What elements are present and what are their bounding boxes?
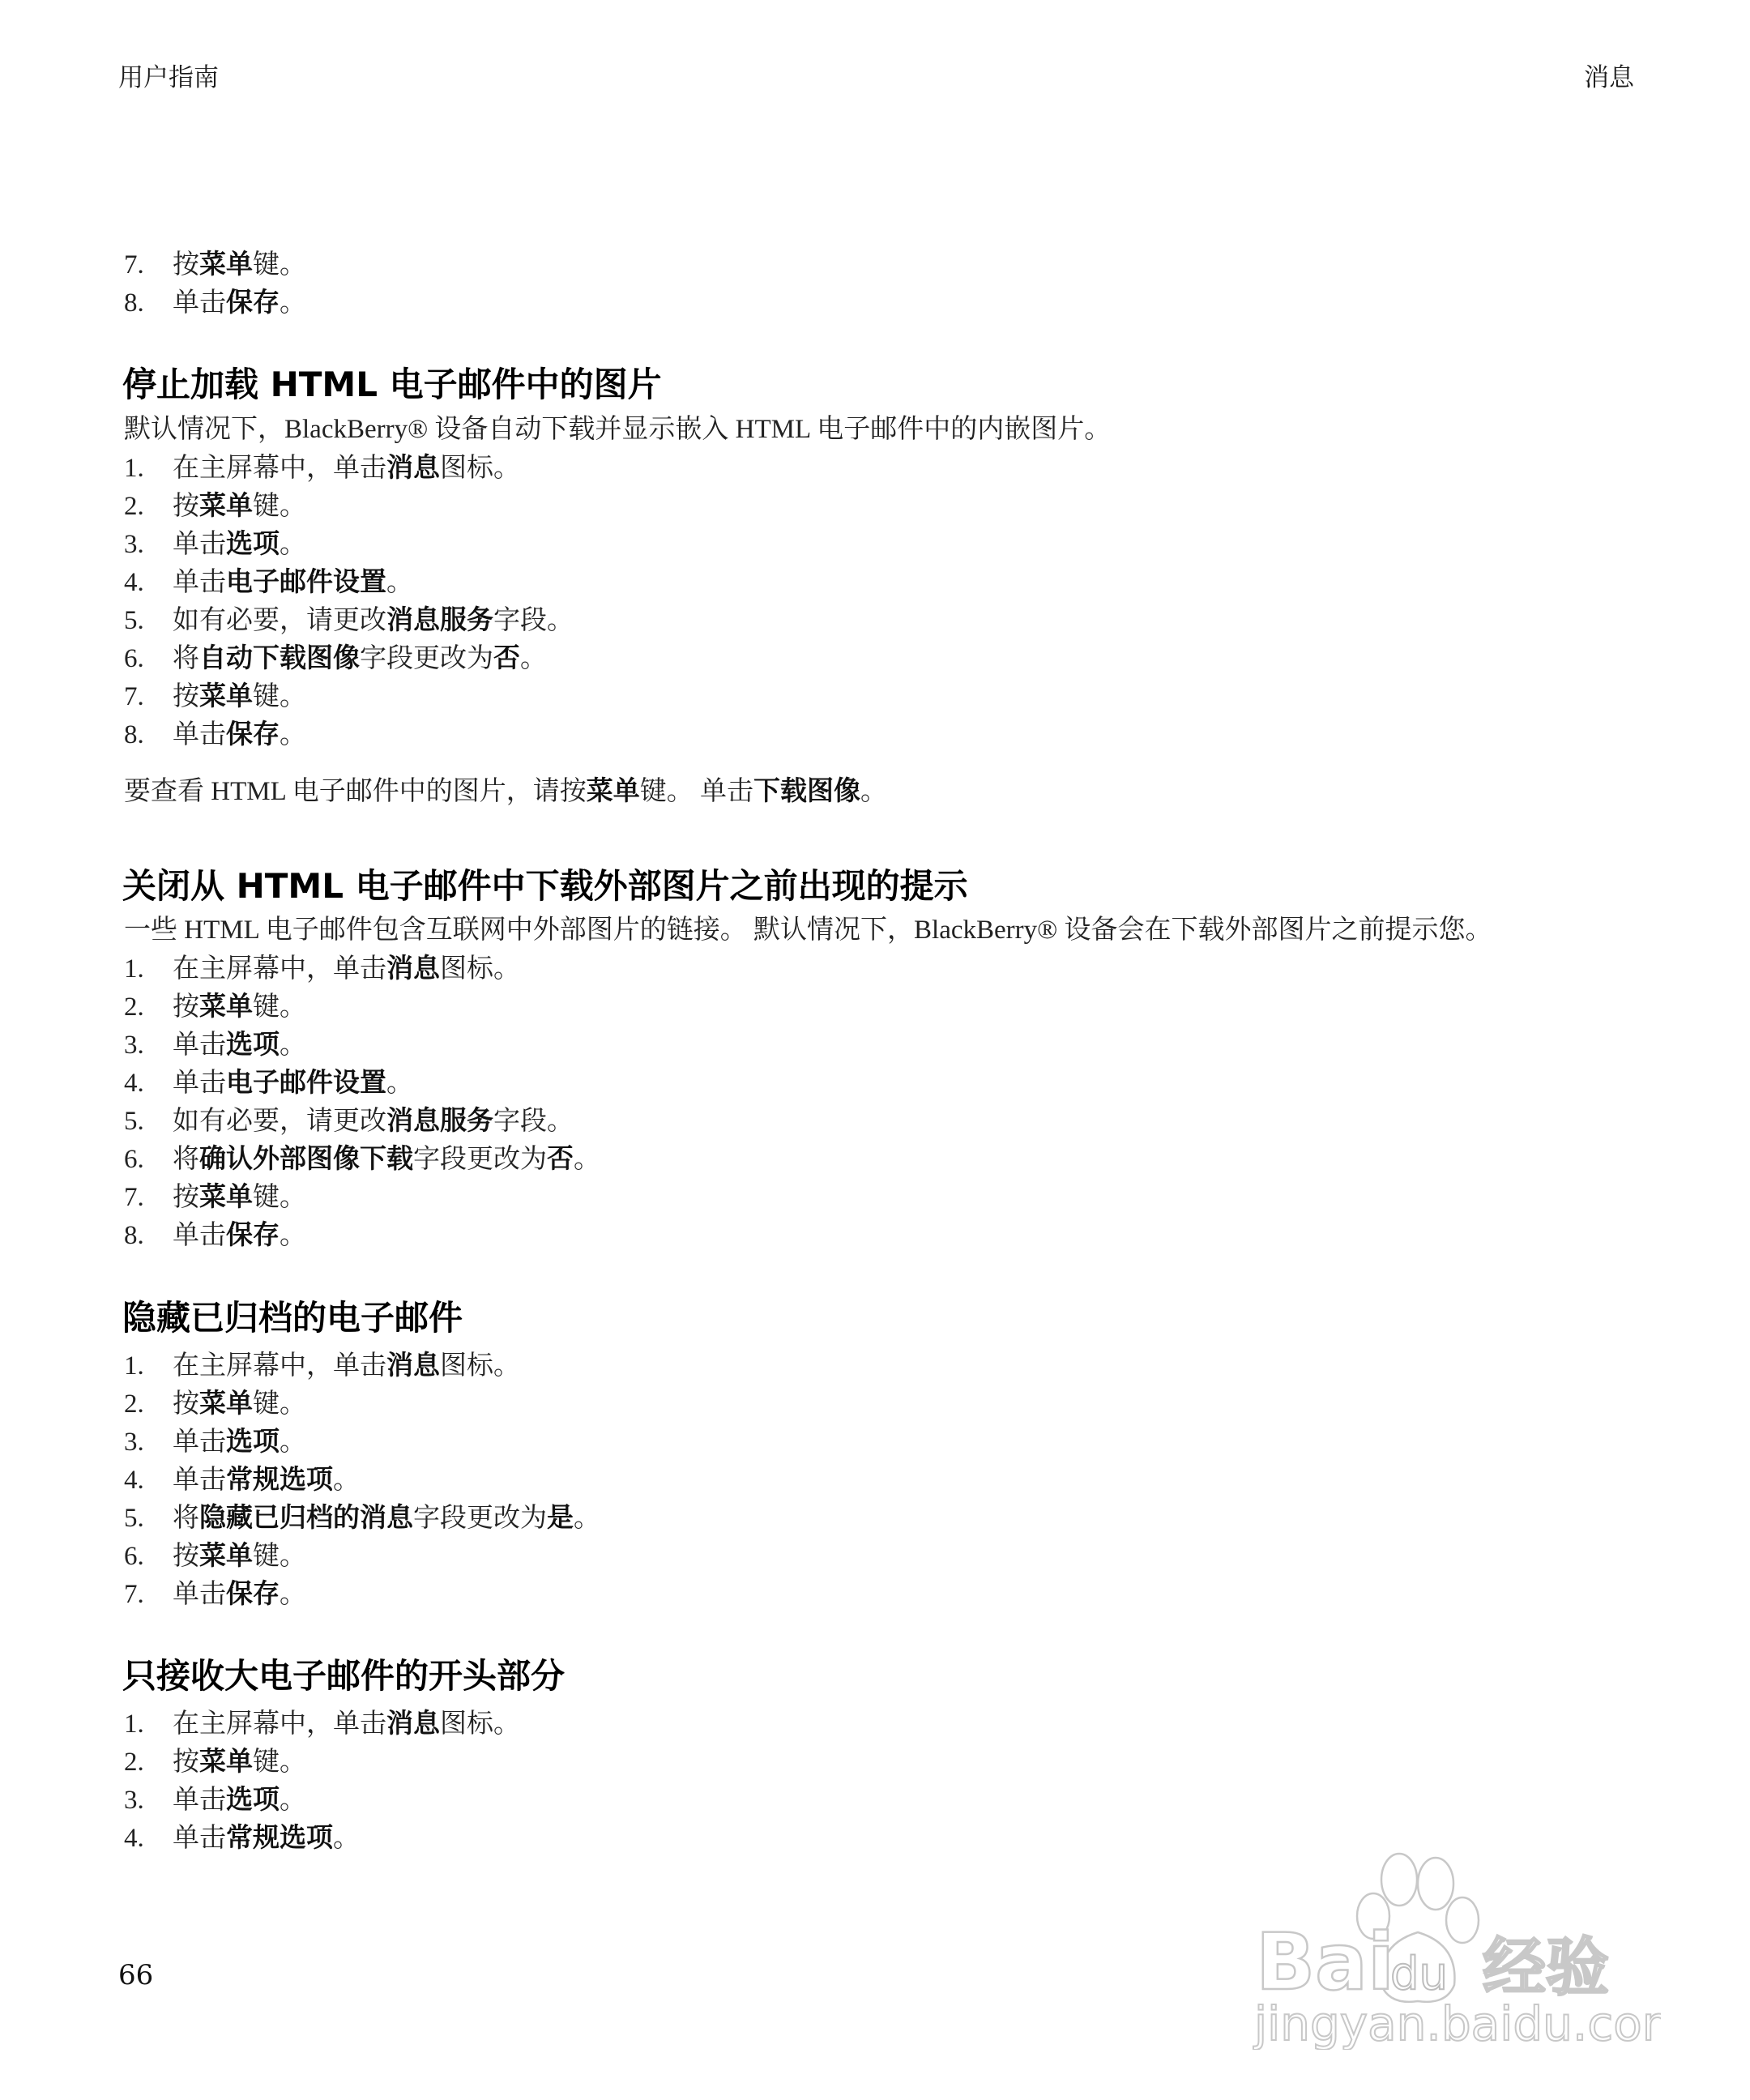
step-number: 7. (124, 681, 173, 713)
step-number: 6. (124, 642, 173, 675)
step-text: 字段。 (493, 606, 574, 635)
step-item: 5.如有必要，请更改消息服务字段。 (124, 1104, 574, 1137)
step-number: 3. (124, 1784, 173, 1816)
ui-term-emphasis: 消息服务 (386, 604, 493, 635)
section-heading: 只接收大电子邮件的开头部分 (122, 1656, 565, 1697)
step-text: 字段更改为 (413, 1504, 547, 1533)
svg-text:经验: 经验 (1483, 1931, 1609, 2004)
step-text: 单击 (173, 1031, 226, 1060)
step-item: 3.单击选项。 (124, 1425, 306, 1458)
step-number: 4. (124, 566, 173, 599)
step-item: 2.按菜单键。 (124, 1387, 306, 1420)
step-item: 4.单击常规选项。 (124, 1821, 360, 1855)
step-item: 5.将隐藏已归档的消息字段更改为是。 (124, 1501, 600, 1534)
ui-term-emphasis: 选项 (226, 1028, 280, 1060)
step-text: 。 (280, 720, 306, 749)
section-description: 默认情况下，BlackBerry® 设备自动下载并显示嵌入 HTML 电子邮件中… (124, 413, 1111, 446)
step-text: 。 (280, 1428, 306, 1457)
step-text: 在主屏幕中，单击 (173, 1709, 386, 1739)
step-number: 6. (124, 1143, 173, 1176)
ui-term-emphasis: 消息 (386, 451, 440, 483)
step-item: 1.在主屏幕中，单击消息图标。 (124, 952, 520, 985)
step-number: 8. (124, 287, 173, 319)
step-text: 键。 (253, 1183, 306, 1212)
step-text: 如有必要，请更改 (173, 606, 386, 635)
step-number: 6. (124, 1540, 173, 1573)
ui-term-emphasis: 保存 (226, 1577, 280, 1609)
step-text: 将 (173, 644, 199, 673)
step-number: 7. (124, 1578, 173, 1611)
ui-term-emphasis: 菜单 (199, 1539, 253, 1571)
step-text: 字段更改为 (360, 644, 493, 673)
step-number: 2. (124, 490, 173, 523)
step-item: 2.按菜单键。 (124, 990, 306, 1023)
step-item: 4.单击电子邮件设置。 (124, 1066, 413, 1099)
running-header-title: 用户指南 (118, 57, 219, 93)
step-item: 8.单击保存。 (124, 286, 306, 319)
step-text: 单击 (173, 288, 226, 318)
step-text: 按 (173, 682, 199, 711)
step-text: 。 (574, 1145, 600, 1174)
section-note: 要查看 HTML 电子邮件中的图片，请按菜单键。 单击下载图像。 (124, 775, 887, 808)
step-item: 4.单击常规选项。 (124, 1463, 360, 1496)
step-text: 单击 (173, 1466, 226, 1495)
section-heading: 隐藏已归档的电子邮件 (122, 1298, 463, 1338)
ui-term-emphasis: 菜单 (199, 1745, 253, 1777)
step-number: 2. (124, 1746, 173, 1778)
step-text: 键。 (253, 1389, 306, 1419)
ui-term-emphasis: 下载图像 (753, 775, 860, 806)
step-item: 8.单击保存。 (124, 718, 306, 751)
step-text: 。 (333, 1466, 360, 1495)
step-text: 键。 (253, 1542, 306, 1571)
step-text: 。 (386, 568, 413, 597)
step-text: 单击 (173, 1069, 226, 1098)
step-text: 单击 (173, 1786, 226, 1815)
step-number: 8. (124, 1219, 173, 1252)
step-text: 。 (386, 1069, 413, 1098)
step-text: 键。 (253, 250, 306, 280)
step-text: 键。 (253, 1748, 306, 1777)
step-number: 3. (124, 1029, 173, 1061)
ui-term-emphasis: 保存 (226, 286, 280, 318)
step-item: 8.单击保存。 (124, 1219, 306, 1252)
step-number: 7. (124, 1181, 173, 1214)
step-text: 。 (280, 1031, 306, 1060)
step-number: 5. (124, 604, 173, 637)
ui-term-emphasis: 保存 (226, 718, 280, 749)
step-text: 。 (574, 1504, 600, 1533)
step-text: 图标。 (440, 454, 520, 483)
step-number: 1. (124, 1708, 173, 1740)
step-item: 6.按菜单键。 (124, 1539, 306, 1573)
ui-term-emphasis: 选项 (226, 1783, 280, 1815)
section-heading: 关闭从 HTML 电子邮件中下载外部图片之前出现的提示 (122, 866, 968, 907)
step-text: 。 (280, 1786, 306, 1815)
step-text: 按 (173, 1183, 199, 1212)
step-text: 单击 (173, 1824, 226, 1853)
step-text: 按 (173, 1389, 199, 1419)
step-number: 2. (124, 1388, 173, 1420)
step-item: 2.按菜单键。 (124, 489, 306, 523)
ui-term-emphasis: 否 (547, 1142, 574, 1174)
ui-term-emphasis: 确认外部图像下载 (199, 1142, 413, 1174)
svg-text:jingyan.baidu.com: jingyan.baidu.com (1253, 1996, 1661, 2050)
step-text: 在主屏幕中，单击 (173, 954, 386, 984)
ui-term-emphasis: 是 (547, 1501, 574, 1533)
ui-term-emphasis: 消息 (386, 952, 440, 984)
step-text: 如有必要，请更改 (173, 1107, 386, 1136)
step-item: 1.在主屏幕中，单击消息图标。 (124, 451, 520, 484)
step-number: 5. (124, 1105, 173, 1137)
step-text: 键。 单击 (640, 777, 753, 806)
ui-term-emphasis: 菜单 (199, 1387, 253, 1419)
step-number: 3. (124, 528, 173, 561)
step-text: 将 (173, 1504, 199, 1533)
running-header-chapter: 消息 (1584, 57, 1634, 93)
page-number: 66 (118, 1959, 153, 1991)
step-item: 1.在主屏幕中，单击消息图标。 (124, 1707, 520, 1740)
ui-term-emphasis: 菜单 (199, 1180, 253, 1212)
step-text: 在主屏幕中，单击 (173, 454, 386, 483)
step-number: 1. (124, 953, 173, 985)
step-item: 6.将自动下载图像字段更改为否。 (124, 642, 547, 675)
step-text: 单击 (173, 1221, 226, 1250)
step-text: 键。 (253, 992, 306, 1022)
step-text: 将 (173, 1145, 199, 1174)
ui-term-emphasis: 菜单 (199, 489, 253, 521)
step-text: 按 (173, 992, 199, 1022)
ui-term-emphasis: 菜单 (199, 680, 253, 711)
step-number: 4. (124, 1464, 173, 1496)
step-text: 。 (280, 530, 306, 559)
ui-term-emphasis: 菜单 (587, 775, 640, 806)
step-item: 3.单击选项。 (124, 527, 306, 561)
step-text: 键。 (253, 492, 306, 521)
step-text: 按 (173, 492, 199, 521)
step-text: 。 (280, 288, 306, 318)
step-text: 。 (280, 1221, 306, 1250)
step-item: 6.将确认外部图像下载字段更改为否。 (124, 1142, 600, 1176)
ui-term-emphasis: 选项 (226, 527, 280, 559)
ui-term-emphasis: 消息 (386, 1707, 440, 1739)
step-item: 3.单击选项。 (124, 1783, 306, 1816)
step-text: 字段。 (493, 1107, 574, 1136)
step-number: 1. (124, 1350, 173, 1382)
step-text: 按 (173, 1542, 199, 1571)
step-text: 单击 (173, 720, 226, 749)
step-number: 8. (124, 719, 173, 751)
step-text: 。 (520, 644, 547, 673)
step-item: 4.单击电子邮件设置。 (124, 566, 413, 599)
step-item: 1.在主屏幕中，单击消息图标。 (124, 1349, 520, 1382)
step-number: 5. (124, 1502, 173, 1534)
step-text: 。 (280, 1580, 306, 1609)
ui-term-emphasis: 否 (493, 642, 520, 673)
step-text: 要查看 HTML 电子邮件中的图片，请按 (124, 777, 587, 806)
step-item: 2.按菜单键。 (124, 1745, 306, 1778)
step-text: 图标。 (440, 1709, 520, 1739)
ui-term-emphasis: 选项 (226, 1425, 280, 1457)
step-text: 单击 (173, 568, 226, 597)
step-text: 图标。 (440, 1351, 520, 1381)
section-heading: 停止加载 HTML 电子邮件中的图片 (122, 365, 662, 405)
step-item: 7.单击保存。 (124, 1577, 306, 1611)
step-text: 按 (173, 1748, 199, 1777)
ui-term-emphasis: 电子邮件设置 (226, 566, 386, 597)
step-text: 单击 (173, 530, 226, 559)
ui-term-emphasis: 菜单 (199, 990, 253, 1022)
step-number: 4. (124, 1822, 173, 1855)
ui-term-emphasis: 保存 (226, 1219, 280, 1250)
step-text: 。 (333, 1824, 360, 1853)
ui-term-emphasis: 消息服务 (386, 1104, 493, 1136)
step-number: 1. (124, 452, 173, 484)
step-text: 。 (860, 777, 887, 806)
step-number: 4. (124, 1067, 173, 1099)
step-number: 7. (124, 249, 173, 281)
baidu-jingyan-watermark: Bai du 经验 jingyan.baidu.com (1240, 1839, 1661, 2050)
step-item: 7.按菜单键。 (124, 1180, 306, 1214)
ui-term-emphasis: 菜单 (199, 248, 253, 280)
step-text: 在主屏幕中，单击 (173, 1351, 386, 1381)
step-text: 按 (173, 250, 199, 280)
ui-term-emphasis: 消息 (386, 1349, 440, 1381)
step-item: 7.按菜单键。 (124, 680, 306, 713)
ui-term-emphasis: 电子邮件设置 (226, 1066, 386, 1098)
step-text: 图标。 (440, 954, 520, 984)
step-item: 5.如有必要，请更改消息服务字段。 (124, 604, 574, 637)
step-text: 键。 (253, 682, 306, 711)
svg-text:Bai: Bai (1256, 1917, 1394, 2008)
ui-term-emphasis: 隐藏已归档的消息 (199, 1501, 413, 1533)
ui-term-emphasis: 自动下载图像 (199, 642, 360, 673)
ui-term-emphasis: 常规选项 (226, 1463, 333, 1495)
step-item: 7.按菜单键。 (124, 248, 306, 281)
step-item: 3.单击选项。 (124, 1028, 306, 1061)
baidu-paw-logo-icon: Bai du 经验 jingyan.baidu.com (1240, 1839, 1661, 2050)
step-text: 单击 (173, 1580, 226, 1609)
step-number: 2. (124, 991, 173, 1023)
step-text: 单击 (173, 1428, 226, 1457)
step-text: 字段更改为 (413, 1145, 547, 1174)
section-description: 一些 HTML 电子邮件包含互联网中外部图片的链接。 默认情况下，BlackBe… (124, 914, 1492, 946)
svg-text:du: du (1390, 1948, 1448, 2000)
step-number: 3. (124, 1426, 173, 1458)
ui-term-emphasis: 常规选项 (226, 1821, 333, 1853)
